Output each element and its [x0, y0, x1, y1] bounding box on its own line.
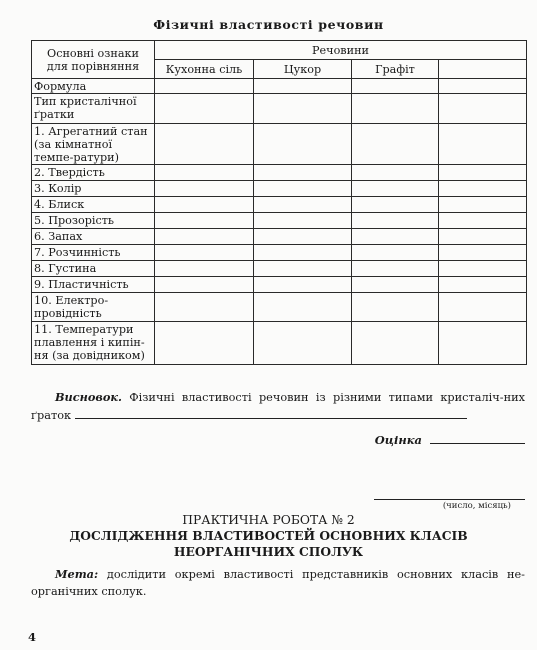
goal-text: дослідити окремі властивості представник…	[31, 568, 525, 598]
page-number: 4	[28, 630, 36, 644]
conclusion-label: Висновок.	[55, 390, 122, 404]
answer-cell[interactable]	[254, 293, 352, 322]
table-row: 9. Пластичність	[32, 277, 527, 293]
answer-cell[interactable]	[254, 181, 352, 197]
answer-cell[interactable]	[352, 261, 439, 277]
answer-cell[interactable]	[439, 94, 527, 124]
answer-cell[interactable]	[439, 293, 527, 322]
answer-cell[interactable]	[155, 94, 254, 124]
header-comparison-features: Основні ознаки для порівняння	[32, 41, 155, 79]
table-row: 5. Прозорість	[32, 213, 527, 229]
answer-cell[interactable]	[352, 322, 439, 365]
answer-cell[interactable]	[155, 261, 254, 277]
answer-cell[interactable]	[352, 181, 439, 197]
answer-cell[interactable]	[439, 124, 527, 165]
answer-cell[interactable]	[352, 277, 439, 293]
grade-block: Оцінка	[375, 433, 525, 447]
answer-cell[interactable]	[155, 245, 254, 261]
row-label: 8. Густина	[32, 261, 155, 277]
grade-field[interactable]	[430, 443, 525, 444]
answer-cell[interactable]	[439, 322, 527, 365]
date-caption: (число, місяць)	[374, 501, 525, 511]
row-label: 6. Запах	[32, 229, 155, 245]
table-row: Формула	[32, 79, 527, 94]
row-label: 1. Агрегатний стан (за кімнатної темпе-р…	[32, 124, 155, 165]
answer-cell[interactable]	[352, 213, 439, 229]
answer-cell[interactable]	[254, 94, 352, 124]
properties-table: Основні ознаки для порівняння Речовини К…	[31, 40, 527, 365]
answer-cell[interactable]	[439, 277, 527, 293]
answer-cell[interactable]	[155, 165, 254, 181]
goal-paragraph: Мета: дослідити окремі властивості предс…	[31, 566, 525, 600]
header-column-blank[interactable]	[439, 60, 527, 79]
answer-cell[interactable]	[254, 245, 352, 261]
goal-label: Мета:	[55, 567, 98, 581]
answer-cell[interactable]	[155, 277, 254, 293]
answer-cell[interactable]	[254, 124, 352, 165]
answer-cell[interactable]	[352, 94, 439, 124]
row-label: 10. Електро-провідність	[32, 293, 155, 322]
table-row: 3. Колір	[32, 181, 527, 197]
table-row: 8. Густина	[32, 261, 527, 277]
answer-cell[interactable]	[439, 213, 527, 229]
answer-cell[interactable]	[155, 293, 254, 322]
answer-cell[interactable]	[155, 79, 254, 94]
practical-work-subtitle-line1: ДОСЛІДЖЕННЯ ВЛАСТИВОСТЕЙ ОСНОВНИХ КЛАСІВ	[0, 528, 537, 544]
answer-cell[interactable]	[439, 165, 527, 181]
answer-cell[interactable]	[352, 165, 439, 181]
answer-cell[interactable]	[254, 197, 352, 213]
answer-cell[interactable]	[155, 197, 254, 213]
table-row: 4. Блиск	[32, 197, 527, 213]
answer-cell[interactable]	[352, 229, 439, 245]
answer-cell[interactable]	[254, 79, 352, 94]
answer-cell[interactable]	[155, 124, 254, 165]
practical-work-subtitle-line2: НЕОРГАНІЧНИХ СПОЛУК	[0, 544, 537, 560]
date-field[interactable]	[374, 499, 525, 500]
answer-cell[interactable]	[439, 245, 527, 261]
conclusion-paragraph: Висновок. Фізичні властивості речовин із…	[31, 388, 525, 425]
answer-cell[interactable]	[439, 197, 527, 213]
answer-cell[interactable]	[439, 181, 527, 197]
answer-cell[interactable]	[254, 261, 352, 277]
row-label: Тип кристалічної ґратки	[32, 94, 155, 124]
row-label: 5. Прозорість	[32, 213, 155, 229]
practical-work-title: ПРАКТИЧНА РОБОТА № 2	[0, 512, 537, 528]
answer-cell[interactable]	[352, 124, 439, 165]
row-label: Формула	[32, 79, 155, 94]
row-label: 7. Розчинність	[32, 245, 155, 261]
row-label: 3. Колір	[32, 181, 155, 197]
conclusion-answer-line[interactable]	[75, 418, 467, 419]
answer-cell[interactable]	[352, 79, 439, 94]
answer-cell[interactable]	[352, 293, 439, 322]
row-label: 4. Блиск	[32, 197, 155, 213]
answer-cell[interactable]	[254, 277, 352, 293]
header-column: Графіт	[352, 60, 439, 79]
answer-cell[interactable]	[254, 229, 352, 245]
table-row: 2. Твердість	[32, 165, 527, 181]
answer-cell[interactable]	[155, 229, 254, 245]
answer-cell[interactable]	[254, 213, 352, 229]
answer-cell[interactable]	[254, 322, 352, 365]
header-column: Кухонна сіль	[155, 60, 254, 79]
row-label: 2. Твердість	[32, 165, 155, 181]
answer-cell[interactable]	[439, 79, 527, 94]
practical-work-subtitle: ДОСЛІДЖЕННЯ ВЛАСТИВОСТЕЙ ОСНОВНИХ КЛАСІВ…	[0, 528, 537, 560]
table-row: 1. Агрегатний стан (за кімнатної темпе-р…	[32, 124, 527, 165]
answer-cell[interactable]	[155, 213, 254, 229]
answer-cell[interactable]	[254, 165, 352, 181]
answer-cell[interactable]	[352, 197, 439, 213]
header-column: Цукор	[254, 60, 352, 79]
table-row: 11. Температури плавлення і кипін-ня (за…	[32, 322, 527, 365]
answer-cell[interactable]	[352, 245, 439, 261]
answer-cell[interactable]	[155, 322, 254, 365]
table-row: 10. Електро-провідність	[32, 293, 527, 322]
table-row: Тип кристалічної ґратки	[32, 94, 527, 124]
answer-cell[interactable]	[439, 229, 527, 245]
table-title: Фізичні властивості речовин	[0, 17, 537, 32]
grade-label: Оцінка	[375, 433, 422, 447]
header-substances: Речовини	[155, 41, 527, 60]
row-label: 9. Пластичність	[32, 277, 155, 293]
answer-cell[interactable]	[155, 181, 254, 197]
table-row: 6. Запах	[32, 229, 527, 245]
row-label: 11. Температури плавлення і кипін-ня (за…	[32, 322, 155, 365]
answer-cell[interactable]	[439, 261, 527, 277]
table-row: 7. Розчинність	[32, 245, 527, 261]
